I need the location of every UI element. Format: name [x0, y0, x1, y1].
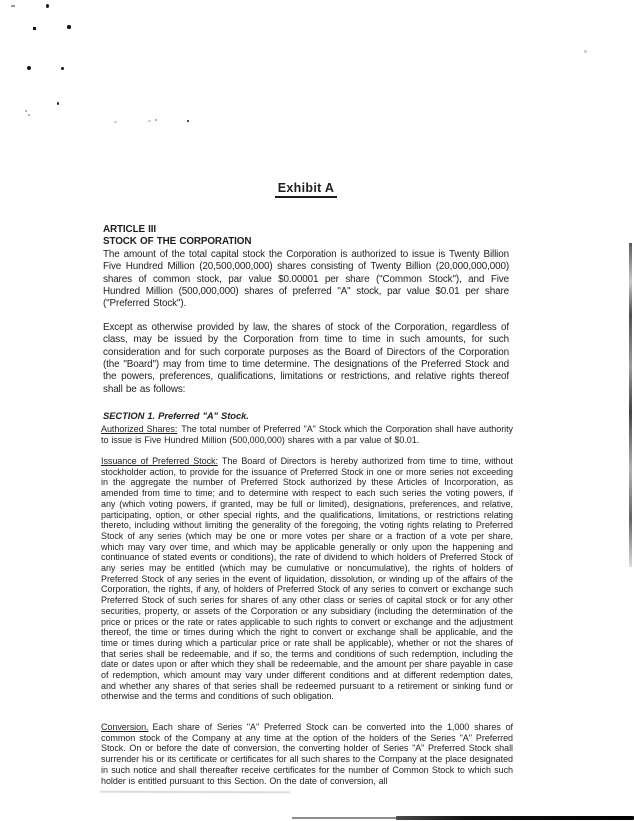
scan-edge-line-bottom-thick [396, 816, 634, 821]
scan-speck [187, 120, 189, 122]
scan-edge-line-bottom-thin [292, 817, 404, 819]
issuance-paragraph: Issuance of Preferred Stock:The Board of… [101, 456, 513, 702]
conversion-lead: Conversion. [101, 722, 148, 732]
conversion-text: Each share of Series "A" Preferred Stock… [101, 722, 513, 786]
authorized-shares-lead: Authorized Shares: [101, 424, 177, 434]
scan-speck [46, 4, 49, 8]
scan-edge-line-right [629, 243, 632, 567]
scan-smudge [100, 791, 290, 794]
authorized-shares-paragraph: Authorized Shares:The total number of Pr… [101, 424, 513, 445]
scan-speck [148, 120, 151, 122]
scan-speck [25, 110, 27, 112]
conversion-paragraph: Conversion.Each share of Series "A" Pref… [101, 722, 513, 786]
article-heading-line2: STOCK OF THE CORPORATION [103, 236, 509, 248]
scan-speck [584, 50, 587, 53]
section1-heading: SECTION 1. Preferred "A" Stock. [101, 411, 515, 422]
scan-speck [57, 102, 59, 105]
exhibit-heading-row: Exhibit A [103, 179, 509, 198]
issuance-lead: Issuance of Preferred Stock: [101, 456, 218, 466]
intro-paragraph: Except as otherwise provided by law, the… [103, 322, 509, 396]
scan-speck [67, 25, 71, 29]
scan-speck [33, 27, 36, 30]
scan-speck [155, 119, 157, 121]
exhibit-title: Exhibit A [275, 181, 337, 198]
scan-speck [28, 114, 30, 116]
article-heading-line1: ARTICLE III [103, 224, 509, 236]
scan-speck [27, 66, 31, 70]
article-block: ARTICLE III STOCK OF THE CORPORATION The… [103, 224, 509, 396]
document-page: Exhibit A ARTICLE III STOCK OF THE CORPO… [0, 0, 634, 821]
scan-speck [114, 121, 117, 123]
scan-speck [61, 67, 64, 70]
article-paragraph: The amount of the total capital stock th… [103, 249, 509, 311]
issuance-text: The Board of Directors is hereby authori… [101, 456, 513, 701]
scan-speck [11, 5, 15, 7]
